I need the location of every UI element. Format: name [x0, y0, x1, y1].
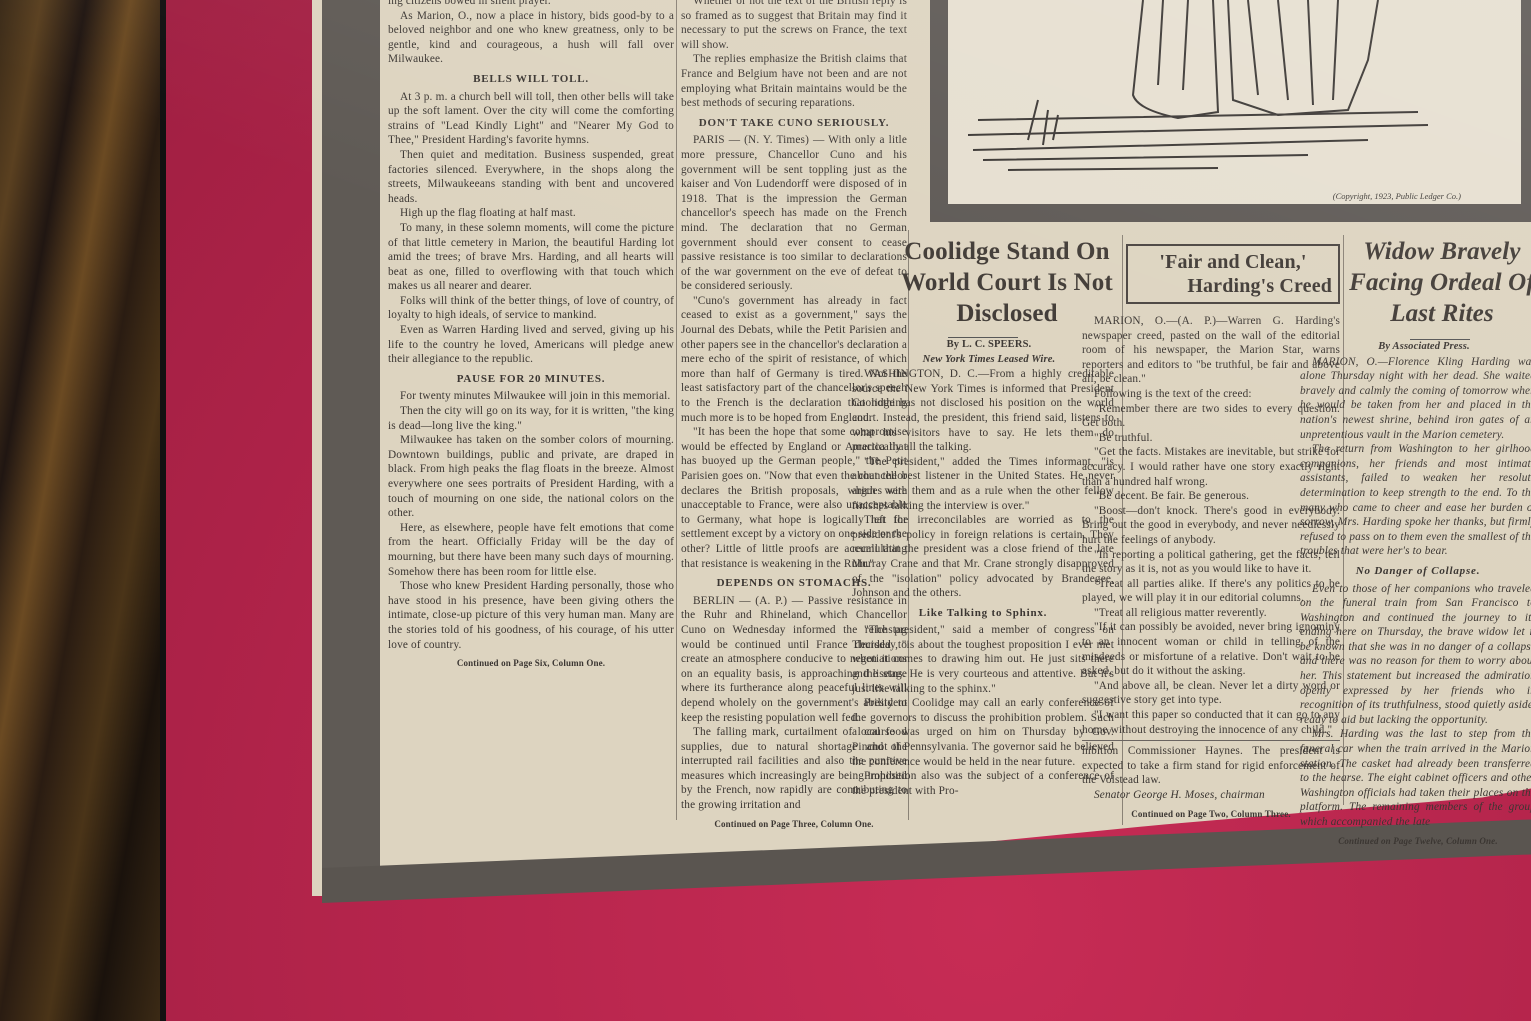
subheading-like-talking-to-sphinx: Like Talking to Sphinx.	[852, 606, 1114, 621]
paragraph: As Marion, O., now a place in history, b…	[388, 9, 674, 67]
paragraph: Milwaukee has taken on the somber colors…	[388, 433, 674, 521]
paragraph: At 3 p. m. a church bell will toll, then…	[388, 90, 674, 148]
paragraph: Even as Warren Harding lived and served,…	[388, 323, 674, 367]
paragraph: Those who knew President Harding persona…	[388, 579, 674, 652]
headline-coolidge-stand: Coolidge Stand On World Court Is Not Dis…	[852, 236, 1114, 329]
column-rule	[676, 0, 677, 820]
column-widow-bravely: Widow Bravely Facing Ordeal Of Last Rite…	[1300, 236, 1531, 848]
editorial-cartoon: (Copyright, 1923, Public Ledger Co.)	[930, 0, 1531, 222]
paragraph: The replies emphasize the British claims…	[681, 52, 907, 110]
column-coolidge-world-court: Coolidge Stand On World Court Is Not Dis…	[852, 236, 1114, 798]
paragraph: Folks will think of the better things, o…	[388, 294, 674, 323]
paragraph: Whether or not the text of the British r…	[681, 0, 907, 52]
paragraph: Here, as elsewhere, people have felt emo…	[388, 521, 674, 579]
subheading-dont-take-cuno-seriously: DON'T TAKE CUNO SERIOUSLY.	[681, 116, 907, 131]
cartoon-copyright: (Copyright, 1923, Public Ledger Co.)	[1333, 191, 1461, 201]
byline: By L. C. SPEERS.	[852, 338, 1114, 353]
paragraph: "The president," said a member of congre…	[852, 623, 1114, 696]
wood-frame	[0, 0, 165, 1021]
continued-note: Continued on Page Twelve, Column One.	[1300, 834, 1531, 849]
mourning-border-left	[322, 0, 380, 870]
paragraph: Then the city will go on its way, for it…	[388, 404, 674, 433]
paragraph: President Coolidge may call an early con…	[852, 696, 1114, 769]
continued-note: Continued on Page Six, Column One.	[388, 656, 674, 671]
paragraph: Even to those of her companions who trav…	[1300, 582, 1531, 728]
paragraph: High up the flag floating at half mast.	[388, 206, 674, 221]
paragraph: The return from Washington to her girlho…	[1300, 442, 1531, 559]
subheading-pause-20-minutes: PAUSE FOR 20 MINUTES.	[388, 372, 674, 387]
paragraph: "The president," added the Times informa…	[852, 455, 1114, 513]
continued-note: Continued on Page Three, Column One.	[681, 817, 907, 832]
headline-widow-bravely: Widow Bravely Facing Ordeal Of Last Rite…	[1300, 236, 1531, 329]
paragraph: To many, in these solemn moments, will c…	[388, 221, 674, 294]
wire-credit: New York Times Leased Wire.	[852, 353, 1114, 368]
subheading-bells-will-toll: BELLS WILL TOLL.	[388, 72, 674, 87]
paragraph: That the irreconcilables are worried as …	[852, 513, 1114, 601]
paragraph: For twenty minutes Milwaukee will join i…	[388, 389, 674, 404]
byline: By Associated Press.	[1300, 340, 1531, 355]
paragraph: MARION, O.—Florence Kling Harding was al…	[1300, 355, 1531, 443]
paragraph: Mrs. Harding was the last to step from t…	[1300, 727, 1531, 829]
column-milwaukee-memorial: ing citizens bowed in silent prayer. As …	[388, 0, 674, 671]
cartoon-drawing-icon	[948, 0, 1521, 204]
paragraph: ing citizens bowed in silent prayer.	[388, 0, 674, 9]
paragraph: WASHINGTON, D. C.—From a highly creditab…	[852, 367, 1114, 455]
paragraph: Then quiet and meditation. Business susp…	[388, 148, 674, 206]
paragraph: Prohibition also was the subject of a co…	[852, 769, 1114, 798]
subheading-no-danger-of-collapse: No Danger of Collapse.	[1300, 564, 1531, 579]
